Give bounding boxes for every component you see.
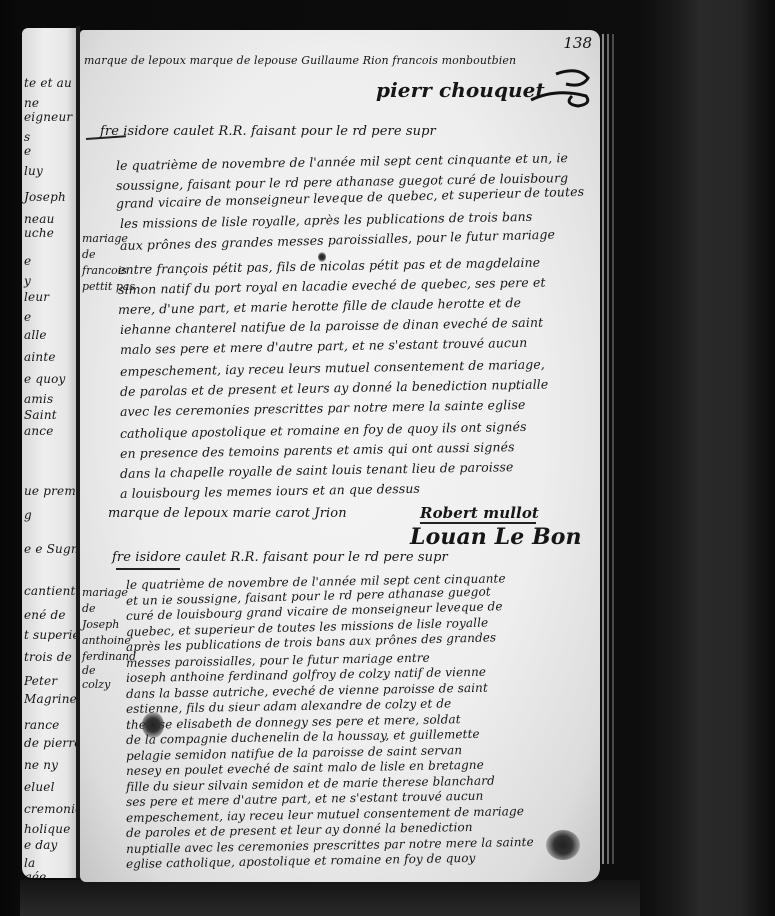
page-edge — [602, 34, 604, 864]
margin-note: de — [82, 664, 96, 677]
left-fragment-text: ne ny — [24, 758, 58, 772]
left-fragment-text: amis — [24, 392, 53, 406]
left-fragment-text: Magrine — [24, 692, 77, 706]
ink-blot — [318, 252, 326, 262]
left-fragment-text: eluel — [24, 780, 55, 794]
left-fragment-text: e — [24, 310, 31, 324]
left-fragment-text: ance — [24, 424, 54, 438]
left-fragment-text: cantient — [24, 584, 76, 598]
left-fragment-text: Saint — [24, 408, 57, 422]
margin-note: colzy — [82, 678, 110, 691]
left-fragment-text: leur — [24, 290, 49, 304]
left-fragment-text: ne — [24, 96, 39, 110]
left-fragment-text: trois de — [24, 650, 72, 664]
ink-blot — [546, 830, 580, 860]
left-page-fragment: te et au ne eigneur s e luy Joseph neau … — [22, 28, 78, 878]
margin-note: de — [82, 248, 96, 261]
left-fragment-text: neau — [24, 212, 55, 226]
left-fragment-text: e day — [24, 838, 58, 852]
left-fragment-text: de pierre — [24, 736, 78, 750]
left-fragment-text: Peter — [24, 674, 57, 688]
left-fragment-text: g — [24, 508, 32, 522]
page-edge — [612, 34, 614, 864]
left-fragment-text: cremonie — [24, 802, 78, 816]
margin-note: mariage — [82, 232, 128, 245]
margin-note: Joseph — [82, 618, 119, 631]
margin-note: francois — [82, 264, 127, 277]
left-fragment-text: Joseph — [24, 190, 66, 204]
left-fragment-text: y — [24, 274, 31, 288]
left-fragment-text: e — [24, 254, 31, 268]
left-fragment-text: s — [24, 130, 30, 144]
left-fragment-text: t superieur — [24, 628, 78, 642]
left-fragment-text: e quoy — [24, 372, 66, 386]
margin-note: pettit pas — [82, 280, 135, 293]
left-fragment-text: ue premier — [24, 484, 78, 498]
margin-note: mariage — [82, 586, 128, 599]
left-fragment-text: uche — [24, 226, 54, 240]
left-fragment-text: luy — [24, 164, 43, 178]
left-fragment-text: alle — [24, 328, 47, 342]
left-fragment-text: ainte — [24, 350, 56, 364]
margin-note: anthoine — [82, 634, 131, 647]
margin-note: de — [82, 602, 96, 615]
left-fragment-text: eigneur — [24, 110, 72, 124]
left-fragment-text: e e Sugne — [24, 542, 78, 556]
margin-note: ferdinand — [82, 650, 136, 663]
left-fragment-text: gée — [24, 870, 47, 878]
left-fragment-text: ené de — [24, 608, 66, 622]
left-fragment-text: rance — [24, 718, 59, 732]
ink-blot — [142, 712, 164, 738]
left-fragment-text: holique — [24, 822, 71, 836]
binding-shadow — [20, 880, 640, 916]
register-page-tail — [80, 30, 600, 882]
left-fragment-text: te et au — [24, 76, 72, 90]
left-fragment-text: la — [24, 856, 35, 870]
page-edge — [607, 34, 609, 864]
left-fragment-text: e — [24, 144, 31, 158]
